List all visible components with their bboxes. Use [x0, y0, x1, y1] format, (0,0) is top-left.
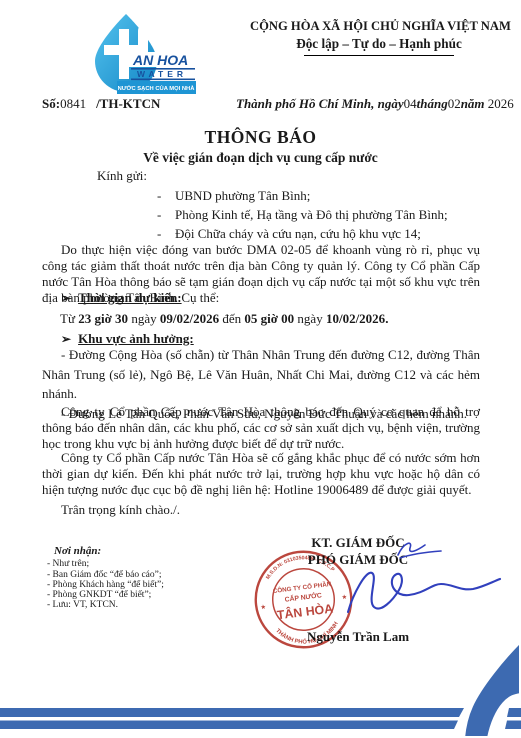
- distribution-item: - Như trên;: [47, 559, 164, 569]
- time-ngay1: ngày: [128, 311, 160, 326]
- date-end: 10/02/2026: [326, 311, 385, 326]
- time-end: 05 giờ 00: [244, 311, 294, 326]
- date-day: 04: [404, 96, 417, 111]
- logo-tagline-text: NƯỚC SẠCH CỦA MỌI NHÀ: [118, 84, 196, 92]
- section-heading-area-text: Khu vực ảnh hưởng:: [78, 331, 194, 346]
- date-start: 09/02/2026: [160, 311, 219, 326]
- recipient-item: - Đội Chữa cháy và cứu nạn, cứu hộ khu v…: [157, 225, 448, 244]
- arrow-bullet-icon: ➢: [61, 291, 71, 305]
- distribution-label: Nơi nhận:: [54, 546, 164, 556]
- doc-no-value: 0841: [60, 96, 86, 111]
- section-heading-time: ➢Thời gian dự kiến:: [61, 290, 182, 306]
- date-nam-label: năm: [461, 96, 485, 111]
- time-dot: .: [385, 311, 388, 326]
- national-motto-line2: Độc lập – Tự do – Hạnh phúc: [250, 36, 508, 52]
- dash-bullet: -: [157, 206, 175, 225]
- national-header: CỘNG HÒA XÃ HỘI CHỦ NGHĨA VIỆT NAM Độc l…: [250, 19, 508, 56]
- signature-scribble: [340, 556, 505, 631]
- logo-water-text: WATER: [137, 69, 187, 79]
- recipient-text: UBND phường Tân Bình;: [175, 187, 310, 206]
- paragraph-hotline: Công ty Cổ phần Cấp nước Tân Hòa sẽ cố g…: [42, 450, 480, 498]
- logo-name-text: AN HOA: [132, 52, 188, 68]
- distribution-item: - Ban Giám đốc “để báo cáo”;: [47, 570, 164, 580]
- national-motto-line1: CỘNG HÒA XÃ HỘI CHỦ NGHĨA VIỆT NAM: [250, 19, 508, 34]
- recipient-item: - Phòng Kinh tế, Hạ tầng và Đô thị phườn…: [157, 206, 448, 225]
- place-date-prefix: Thành phố Hồ Chí Minh, ngày: [236, 96, 404, 111]
- footer-bar-bottom-right: [505, 721, 521, 730]
- stamp-company-type: CÔNG TY CỔ PHẦN: [272, 580, 332, 595]
- document-number-line: Số:0841/TH-KTCN: [42, 96, 160, 112]
- date-year: 2026: [488, 96, 514, 111]
- date-thang-label: tháng: [417, 96, 448, 111]
- signature-ink-icon: [348, 573, 500, 612]
- recipients-list: - UBND phường Tân Bình; - Phòng Kinh tế,…: [157, 187, 448, 243]
- doc-no-suffix: /TH-KTCN: [96, 96, 160, 111]
- arrow-bullet-icon: ➢: [61, 332, 71, 346]
- date-month: 02: [448, 96, 461, 111]
- time-prefix: Từ: [60, 311, 78, 326]
- recipient-text: Đội Chữa cháy và cứu nạn, cứu hộ khu vực…: [175, 225, 421, 244]
- stamp-star-left-icon: ★: [260, 604, 267, 612]
- stamp-arc-bottom-text: THÀNH PHỐ HỒ CHÍ MINH: [274, 620, 342, 649]
- footer-bar-top-right: [507, 708, 521, 717]
- affected-area-item: - Đường Cộng Hòa (số chẵn) từ Thân Nhân …: [42, 345, 480, 404]
- water-drop-logo-graphic: AN HOA WATER NƯỚC SẠCH CỦA MỌI NHÀ: [93, 13, 196, 96]
- distribution-item: - Phòng GNKDT “để biết”;: [47, 590, 164, 600]
- distribution-item: - Phòng Khách hàng “để biết”;: [47, 580, 164, 590]
- time-range-line: Từ 23 giờ 30 ngày 09/02/2026 đến 05 giờ …: [60, 311, 388, 327]
- document-subtitle: Về việc gián đoạn dịch vụ cung cấp nước: [0, 150, 521, 166]
- footer-bar-bottom-left: [0, 721, 458, 730]
- dash-bullet: -: [157, 187, 175, 206]
- time-ngay2: ngày: [294, 311, 326, 326]
- footer-bar-top-left: [0, 708, 464, 717]
- doc-no-label: Số:: [42, 96, 60, 111]
- recipients-label: Kính gửi:: [97, 168, 147, 184]
- svg-text:THÀNH PHỐ HỒ CHÍ MINH: THÀNH PHỐ HỒ CHÍ MINH: [274, 620, 342, 649]
- company-logo: AN HOA WATER NƯỚC SẠCH CỦA MỌI NHÀ: [93, 13, 196, 96]
- motto-underline: [304, 55, 454, 56]
- document-title: THÔNG BÁO: [0, 127, 521, 148]
- time-start: 23 giờ 30: [78, 311, 128, 326]
- closing-line: Trân trọng kính chào./.: [61, 502, 180, 518]
- section-heading-time-text: Thời gian dự kiến:: [78, 290, 182, 305]
- dash-bullet: -: [157, 225, 175, 244]
- document-page: AN HOA WATER NƯỚC SẠCH CỦA MỌI NHÀ CỘNG …: [0, 0, 521, 738]
- time-den: đến: [219, 311, 244, 326]
- paragraph-notify: Công ty Cổ phần Cấp nước Tân Hòa thông b…: [42, 404, 480, 452]
- recipient-text: Phòng Kinh tế, Hạ tầng và Đô thị phường …: [175, 206, 448, 225]
- recipient-item: - UBND phường Tân Bình;: [157, 187, 448, 206]
- place-date-line: Thành phố Hồ Chí Minh, ngày04tháng02năm …: [236, 96, 484, 112]
